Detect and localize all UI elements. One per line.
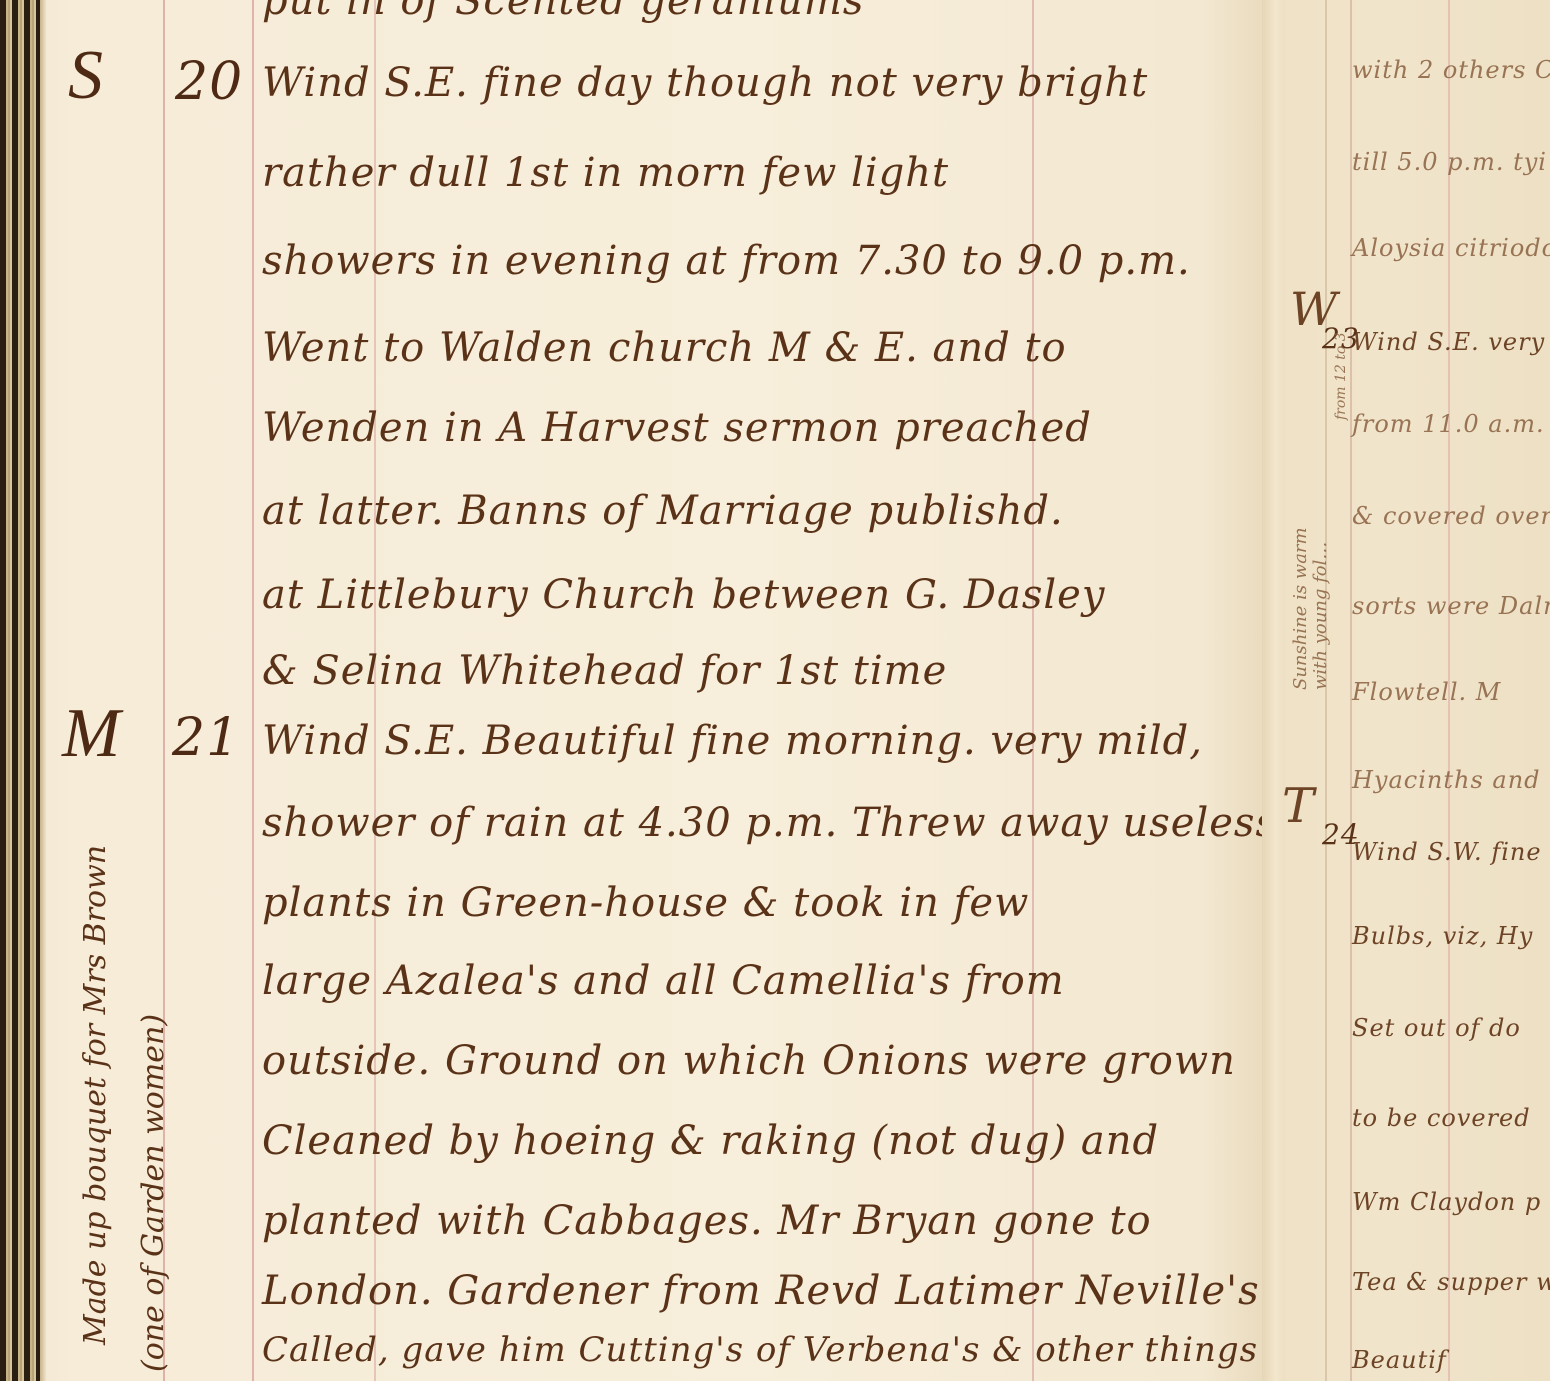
margin-note: from 12 to 3 bbox=[1333, 332, 1349, 420]
right-line: to be covered bbox=[1352, 1104, 1531, 1132]
day-number: 20 bbox=[175, 52, 243, 112]
entry-line: Wind S.E. Beautiful fine morning. very m… bbox=[262, 718, 1203, 764]
right-line: Wind S.W. fine bbox=[1352, 838, 1542, 866]
right-line: Bulbs, viz, Hy bbox=[1352, 922, 1533, 950]
left-page: put in of Scented geraniums S 20 Wind S.… bbox=[0, 0, 1265, 1381]
entry-line: Went to Walden church M & E. and to bbox=[262, 325, 1067, 371]
page-edge-stack bbox=[0, 0, 40, 1381]
entry-line: Wind S.E. fine day though not very brigh… bbox=[262, 60, 1148, 106]
margin-rule bbox=[1325, 0, 1327, 1381]
right-line: Hyacinths and bbox=[1352, 766, 1541, 794]
entry-line: at Littlebury Church between G. Dasley bbox=[262, 572, 1105, 618]
entry-line: large Azalea's and all Camellia's from bbox=[262, 958, 1065, 1004]
diary-spread: put in of Scented geraniums S 20 Wind S.… bbox=[0, 0, 1550, 1381]
right-line: till 5.0 p.m. tyi bbox=[1352, 148, 1547, 176]
entry-line: at latter. Banns of Marriage publishd. bbox=[262, 488, 1064, 534]
margin-rule bbox=[1032, 0, 1034, 1381]
entry-line: plants in Green-house & took in few bbox=[262, 880, 1029, 926]
entry-line: Wenden in A Harvest sermon preached bbox=[262, 405, 1092, 451]
top-fragment: put in of Scented geraniums bbox=[262, 0, 864, 24]
right-line: Aloysia citriodora bbox=[1352, 234, 1550, 262]
entry-line: rather dull 1st in morn few light bbox=[262, 150, 949, 196]
day-number: 24 bbox=[1322, 818, 1360, 851]
right-line: Tea & supper w bbox=[1352, 1268, 1550, 1296]
right-line: & covered over w bbox=[1352, 502, 1550, 530]
margin-note: Made up bouquet for Mrs Brown bbox=[78, 845, 113, 1345]
entry-line: outside. Ground on which Onions were gro… bbox=[262, 1038, 1236, 1084]
entry-line: & Selina Whitehead for 1st time bbox=[262, 648, 947, 694]
right-line: Set out of do bbox=[1352, 1014, 1521, 1042]
entry-line: Called, gave him Cutting's of Verbena's … bbox=[262, 1330, 1258, 1370]
right-line: Wm Claydon p bbox=[1352, 1188, 1541, 1216]
right-line: with 2 others C bbox=[1352, 56, 1550, 84]
right-line: from 11.0 a.m. t bbox=[1352, 410, 1550, 438]
margin-rule bbox=[252, 0, 254, 1381]
entry-line: showers in evening at from 7.30 to 9.0 p… bbox=[262, 238, 1191, 284]
margin-note: Sunshine is warm bbox=[1290, 527, 1311, 690]
entry-line: Cleaned by hoeing & raking (not dug) and bbox=[262, 1118, 1159, 1164]
day-letter: T bbox=[1282, 778, 1315, 834]
entry-line: London. Gardener from Revd Latimer Nevil… bbox=[262, 1268, 1260, 1314]
entry-line: shower of rain at 4.30 p.m. Threw away u… bbox=[262, 800, 1277, 846]
right-line: Wind S.E. very c bbox=[1352, 328, 1550, 356]
margin-note: (one of Garden women) bbox=[136, 1014, 171, 1372]
right-line: sorts were Dalma bbox=[1352, 592, 1550, 620]
day-letter: S bbox=[68, 36, 104, 116]
right-line: Beautif bbox=[1352, 1346, 1447, 1374]
entry-line: planted with Cabbages. Mr Bryan gone to bbox=[262, 1198, 1152, 1244]
day-number: 21 bbox=[172, 708, 240, 768]
right-line: Flowtell. M bbox=[1352, 678, 1501, 706]
day-letter: M bbox=[62, 694, 121, 774]
margin-note: with young fol… bbox=[1310, 542, 1331, 690]
